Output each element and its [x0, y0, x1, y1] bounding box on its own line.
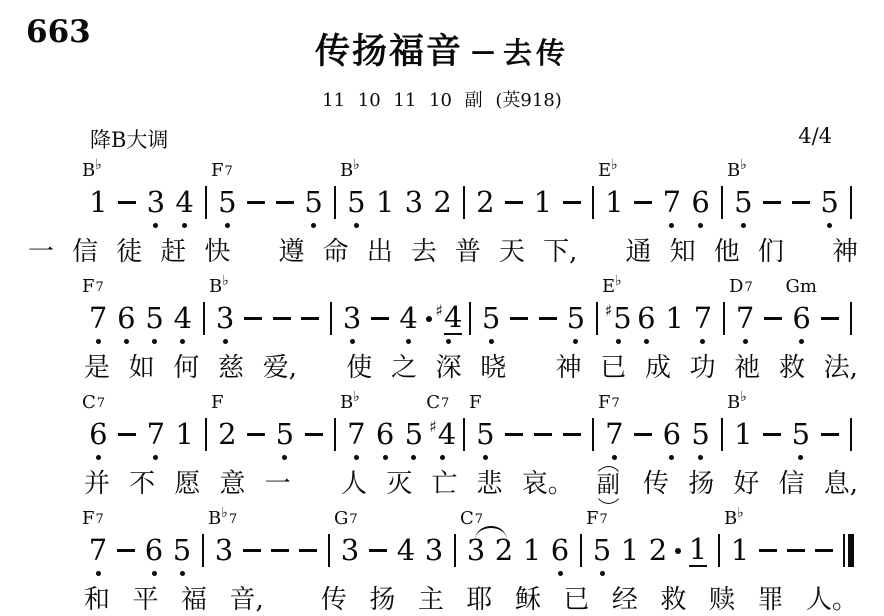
note-number: 2 — [433, 185, 451, 220]
note-number: 6 — [376, 417, 394, 452]
hymn-number: 663 — [26, 14, 91, 50]
flat-icon: ♭ — [353, 389, 360, 405]
barline — [717, 301, 731, 349]
octave-area — [225, 220, 230, 233]
bar-area — [718, 533, 720, 568]
note: 6 — [140, 533, 168, 581]
octave-area — [446, 336, 451, 349]
note-digit: 5 — [476, 420, 494, 449]
note-digit: 1 — [376, 188, 394, 217]
dash-line — [763, 433, 781, 436]
note: 7F7 — [600, 417, 629, 465]
bar-area — [592, 185, 594, 220]
octave-dot — [180, 339, 185, 344]
lyric: 遵 — [279, 234, 305, 270]
note-number: ♯5 — [605, 301, 632, 336]
lyric: 他 — [714, 234, 740, 270]
flat-icon: ♭ — [615, 273, 622, 289]
note-number: ♯4 — [435, 301, 462, 336]
accidental-icon: ♯ — [435, 301, 443, 320]
bar-line — [723, 302, 725, 335]
duration-dash — [505, 301, 533, 349]
lyric: 一 — [28, 234, 54, 270]
octave-dot — [446, 339, 451, 344]
lyric: 哀。 — [522, 466, 574, 502]
octave-area — [612, 452, 617, 465]
note-number: 3 — [215, 533, 233, 568]
note-number: 3 — [216, 301, 234, 336]
augmentation-dot — [423, 301, 435, 349]
barline — [590, 301, 604, 349]
dash-area — [787, 533, 805, 568]
dash-line — [247, 201, 265, 204]
dash-area — [301, 301, 319, 336]
note-digit: 2 — [476, 188, 494, 217]
note-digit: 7 — [147, 420, 165, 449]
note-digit: 3 — [341, 536, 359, 565]
dash-line — [763, 201, 781, 204]
barline — [586, 417, 600, 465]
dash-line — [118, 201, 136, 204]
note-number: 4 — [174, 301, 192, 336]
lyric: 知 — [670, 234, 696, 270]
octave-area — [798, 452, 803, 465]
duration-dash — [758, 185, 787, 233]
notes-row: 7F7653B♭73G7433C72165F71211B♭ — [84, 506, 858, 581]
note-digit: 1 — [621, 536, 639, 565]
note-number: 5 — [304, 185, 322, 220]
note: 5 — [400, 417, 429, 465]
lyric: 成 — [645, 350, 671, 386]
chord-label: B♭7 — [208, 508, 237, 529]
octave-dot — [644, 339, 649, 344]
note: 3 — [400, 185, 429, 233]
barline — [199, 417, 213, 465]
lyric: 祂 — [734, 350, 760, 386]
chord-label: F7 — [586, 508, 608, 529]
lyric: 传 — [643, 466, 669, 502]
octave-dot — [383, 455, 388, 460]
octave-area — [406, 336, 411, 349]
bar-area — [202, 533, 204, 568]
bar-line — [721, 418, 723, 451]
octave-area — [616, 336, 621, 349]
note: 5 — [815, 185, 844, 233]
lyric: 晓 — [480, 350, 506, 386]
music-line: 7F7653B♭73G7433C72165F71211B♭和平福音,传扬主耶稣已… — [84, 506, 858, 616]
bar-area — [454, 533, 456, 568]
bar-line — [850, 418, 852, 451]
barline — [197, 301, 211, 349]
octave-dot — [411, 455, 416, 460]
note: 7 — [142, 417, 171, 465]
note-number: 1 — [734, 417, 752, 452]
octave-area — [669, 220, 674, 233]
bar-line — [580, 534, 582, 567]
chord-number: 7 — [96, 512, 104, 527]
note: 3 — [420, 533, 448, 581]
lyric: 出 — [367, 234, 393, 270]
note-digit: 6 — [89, 420, 107, 449]
dash-area — [371, 301, 389, 336]
duration-dash — [238, 533, 266, 581]
note-number: 1 — [376, 185, 394, 220]
note-digit: 5 — [304, 188, 322, 217]
note-digit: 5 — [173, 536, 191, 565]
note-digit: 3 — [343, 304, 361, 333]
bar-line-thick — [848, 534, 854, 567]
notes-row: 7F76543B♭34♯455♯5E♭6177D76Gm — [84, 274, 858, 349]
note-digit: 1 — [605, 188, 623, 217]
octave-area — [152, 336, 157, 349]
note-digit: 6 — [376, 420, 394, 449]
barline — [463, 301, 477, 349]
octave-dot — [153, 455, 158, 460]
chord-label: B♭ — [209, 276, 229, 297]
octave-dot — [698, 455, 703, 460]
dash-area — [299, 533, 317, 568]
key-row: 降B大调 4/4 — [90, 124, 832, 154]
final-barline — [838, 533, 858, 581]
chord-label: B♭ — [724, 508, 744, 529]
lyric: 人。 — [806, 582, 858, 616]
note: 4 — [170, 185, 199, 233]
octave-dot — [182, 223, 187, 228]
note-number: 6 — [145, 533, 163, 568]
note: 5 — [562, 301, 590, 349]
lyric: 主 — [418, 582, 444, 616]
chord-label: B♭ — [727, 392, 747, 413]
octave-area — [282, 452, 287, 465]
note-number: 5 — [593, 533, 611, 568]
dash-line — [821, 317, 839, 320]
duration-dash — [816, 301, 844, 349]
dash-line — [301, 317, 319, 320]
note: 1 — [661, 301, 689, 349]
octave-area — [600, 568, 605, 581]
dash-area — [510, 301, 528, 336]
dot-area — [675, 533, 681, 568]
bar-line — [721, 186, 723, 219]
chord-label: B♭ — [727, 160, 747, 181]
bar-line-thin — [843, 534, 845, 567]
bar-line — [592, 418, 594, 451]
duration-dash — [629, 185, 658, 233]
note-digit: 4 — [438, 420, 456, 449]
note-number: 7 — [694, 301, 712, 336]
flat-icon: ♭ — [740, 157, 747, 173]
note-digit: 1 — [534, 188, 552, 217]
note-number: 3 — [147, 185, 165, 220]
dash-area — [247, 185, 265, 220]
note-digit: 3 — [425, 536, 443, 565]
dash-area — [243, 533, 261, 568]
bar-area — [205, 417, 207, 452]
dash-area — [763, 417, 781, 452]
chord-number: 7 — [225, 164, 233, 179]
note-number: 3 — [343, 301, 361, 336]
dash-line — [371, 317, 389, 320]
lyric: 慈 — [218, 350, 244, 386]
octave-area — [573, 336, 578, 349]
barline — [712, 533, 726, 581]
note: 5F — [471, 417, 500, 465]
note-number: 1 — [731, 533, 749, 568]
octave-area — [411, 452, 416, 465]
note: 4 — [392, 533, 420, 581]
music-lines: 1B♭345F755B♭132211E♭765B♭5一信徒赶快遵命出去普天下,通… — [84, 158, 858, 616]
note-digit: 3 — [215, 536, 233, 565]
octave-area — [96, 452, 101, 465]
dash-line — [634, 201, 652, 204]
lyric: 神 — [832, 234, 858, 270]
bar-area — [334, 417, 336, 452]
octave-dot — [223, 339, 228, 344]
dash-area — [118, 185, 136, 220]
chord-number: 7 — [96, 280, 104, 295]
bar-line — [463, 186, 465, 219]
octave-dot — [96, 571, 101, 576]
note: 7B♭ — [342, 417, 371, 465]
note-digit: 5 — [567, 304, 585, 333]
octave-area — [124, 336, 129, 349]
flat-icon: ♭ — [221, 505, 228, 521]
note-digit: 3 — [405, 188, 423, 217]
note-digit: 2 — [495, 536, 513, 565]
dash-area — [759, 533, 777, 568]
note-digit: 4 — [174, 304, 192, 333]
lyric: 一 — [265, 466, 291, 502]
lyric: 扬 — [688, 466, 714, 502]
note-digit: 1 — [731, 536, 749, 565]
note: 2F — [213, 417, 242, 465]
octave-dot — [180, 571, 185, 576]
lyric: 扬 — [369, 582, 395, 616]
duration-dash — [557, 417, 586, 465]
lyric: 去 — [411, 234, 437, 270]
chord-number: 7 — [744, 280, 752, 295]
note-digit: 6 — [145, 536, 163, 565]
octave-area — [700, 336, 705, 349]
lyric: 副 — [593, 466, 624, 504]
chord-label: B♭ — [82, 160, 102, 181]
dash-line — [764, 317, 782, 320]
note-number: 5 — [734, 185, 752, 220]
lyric: 音, — [230, 582, 264, 616]
note-digit: 1 — [523, 536, 541, 565]
note: 7F7 — [84, 301, 112, 349]
note-number: 4 — [397, 533, 415, 568]
dash-line — [247, 433, 265, 436]
note: 1 — [371, 185, 400, 233]
dash-area — [369, 533, 387, 568]
octave-area — [827, 220, 832, 233]
octave-area — [489, 336, 494, 349]
dash-area — [634, 417, 652, 452]
dash-area — [534, 417, 552, 452]
lyric: 愿 — [174, 466, 200, 502]
note: 6 — [658, 417, 687, 465]
chord-label: C7 — [460, 508, 483, 529]
dash-area — [244, 301, 262, 336]
lyric: 如 — [129, 350, 155, 386]
note-number: 1 — [89, 185, 107, 220]
octave-area — [354, 220, 359, 233]
octave-area — [152, 568, 157, 581]
note-number: 4 — [399, 301, 417, 336]
dash-line — [305, 433, 323, 436]
duration-dash — [364, 533, 392, 581]
duration-dash — [299, 417, 328, 465]
octave-dot — [669, 455, 674, 460]
octave-dot — [153, 223, 158, 228]
octave-area — [96, 568, 101, 581]
note-digit: 5 — [734, 188, 752, 217]
note-digit: 5 — [145, 304, 163, 333]
dash-area — [118, 417, 136, 452]
dash-area — [539, 301, 557, 336]
note: 6 — [686, 185, 715, 233]
bar-line — [330, 302, 332, 335]
barline — [715, 417, 729, 465]
note-digit: 5 — [593, 536, 611, 565]
lyrics-row: 和平福音,传扬主耶稣已经救赎罪人。 — [84, 582, 858, 616]
lyric: 们 — [758, 234, 784, 270]
note-number: 2 — [495, 533, 513, 568]
bar-line — [334, 418, 336, 451]
key-signature: 降B大调 — [90, 124, 168, 154]
note-number: 5 — [820, 185, 838, 220]
barline — [322, 533, 336, 581]
bar-area — [205, 185, 207, 220]
note-number: 6 — [89, 417, 107, 452]
duration-dash — [113, 185, 142, 233]
duration-dash — [629, 417, 658, 465]
lyric: 深 — [436, 350, 462, 386]
lyric: 意 — [220, 466, 246, 502]
note: 1 — [684, 533, 712, 581]
hymn-sheet: 663 传扬福音—去传 11 10 11 10 副 (英918) 降B大调 4/… — [0, 0, 884, 616]
octave-dot — [799, 339, 804, 344]
note: 3 — [142, 185, 171, 233]
chord-label: F7 — [82, 508, 104, 529]
octave-area — [153, 220, 158, 233]
note: 6C7 — [84, 417, 113, 465]
dash-area — [273, 301, 291, 336]
note-digit: 1 — [175, 420, 193, 449]
bar-area — [850, 417, 852, 452]
bar-area — [334, 185, 336, 220]
lyric: 悲 — [477, 466, 503, 502]
dot-area — [426, 301, 432, 336]
dash-area — [764, 301, 782, 336]
dash-area — [821, 417, 839, 452]
note: 3C7 — [462, 533, 490, 581]
octave-area — [350, 336, 355, 349]
octave-dot — [282, 455, 287, 460]
dash-line — [563, 433, 581, 436]
note-digit: 6 — [691, 188, 709, 217]
lyric: 快 — [204, 234, 230, 270]
flat-icon: ♭ — [740, 389, 747, 405]
chord-label: F7 — [598, 392, 620, 413]
bar-line — [469, 302, 471, 335]
dash-area — [563, 417, 581, 452]
note: 5 — [168, 533, 196, 581]
dash-line — [273, 317, 291, 320]
dash-area — [271, 533, 289, 568]
dash-area — [276, 185, 294, 220]
bar-line — [454, 534, 456, 567]
octave-dot — [573, 339, 578, 344]
notes-row: 6C7712F57B♭65♯4C75F7F7651B♭5 — [84, 390, 858, 465]
barline — [844, 301, 858, 349]
note-digit: 5 — [347, 188, 365, 217]
note-number: 1 — [534, 185, 552, 220]
dash-line — [276, 201, 294, 204]
note-digit: 2 — [649, 536, 667, 565]
duration-dash — [366, 301, 394, 349]
dash-line — [505, 201, 523, 204]
note: 5 — [787, 417, 816, 465]
bar-line — [718, 534, 720, 567]
dash-line — [369, 549, 387, 552]
chord-label: F7 — [211, 160, 233, 181]
octave-area — [383, 452, 388, 465]
bar-area — [469, 301, 471, 336]
note: 6 — [632, 301, 660, 349]
note-number: 1 — [689, 533, 707, 568]
note-number: 5 — [276, 417, 294, 452]
bar-area — [463, 185, 465, 220]
duration-dash — [815, 417, 844, 465]
note: ♯5E♭ — [604, 301, 632, 349]
bar-area — [330, 301, 332, 336]
bar-line — [205, 186, 207, 219]
note-digit: 3 — [147, 188, 165, 217]
bar-line — [850, 186, 852, 219]
note-number: 2 — [476, 185, 494, 220]
note-digit: 4 — [444, 303, 462, 335]
note-number: 5 — [792, 417, 810, 452]
octave-dot — [124, 339, 129, 344]
octave-dot — [354, 223, 359, 228]
note-digit: 7 — [347, 420, 365, 449]
barline — [448, 533, 462, 581]
note: 2 — [490, 533, 518, 581]
barline — [324, 301, 338, 349]
note: 1B♭ — [729, 417, 758, 465]
note-digit: 2 — [218, 420, 236, 449]
note-digit: 1 — [665, 304, 683, 333]
duration-dash — [294, 533, 322, 581]
lyric: 好 — [733, 466, 759, 502]
note-number: 2 — [218, 417, 236, 452]
note-number: 6 — [663, 417, 681, 452]
note-number: 6 — [637, 301, 655, 336]
note-number: 5 — [347, 185, 365, 220]
dash-line — [539, 317, 557, 320]
note: 5 — [141, 301, 169, 349]
note-digit: 3 — [216, 304, 234, 333]
octave-area — [698, 220, 703, 233]
octave-area — [669, 452, 674, 465]
music-line: 6C7712F57B♭65♯4C75F7F7651B♭5并不愿意一人灭亡悲哀。副… — [84, 390, 858, 503]
flat-icon: ♭ — [222, 273, 229, 289]
note-digit: 6 — [551, 536, 569, 565]
bar-line — [596, 302, 598, 335]
lyric: 命 — [323, 234, 349, 270]
